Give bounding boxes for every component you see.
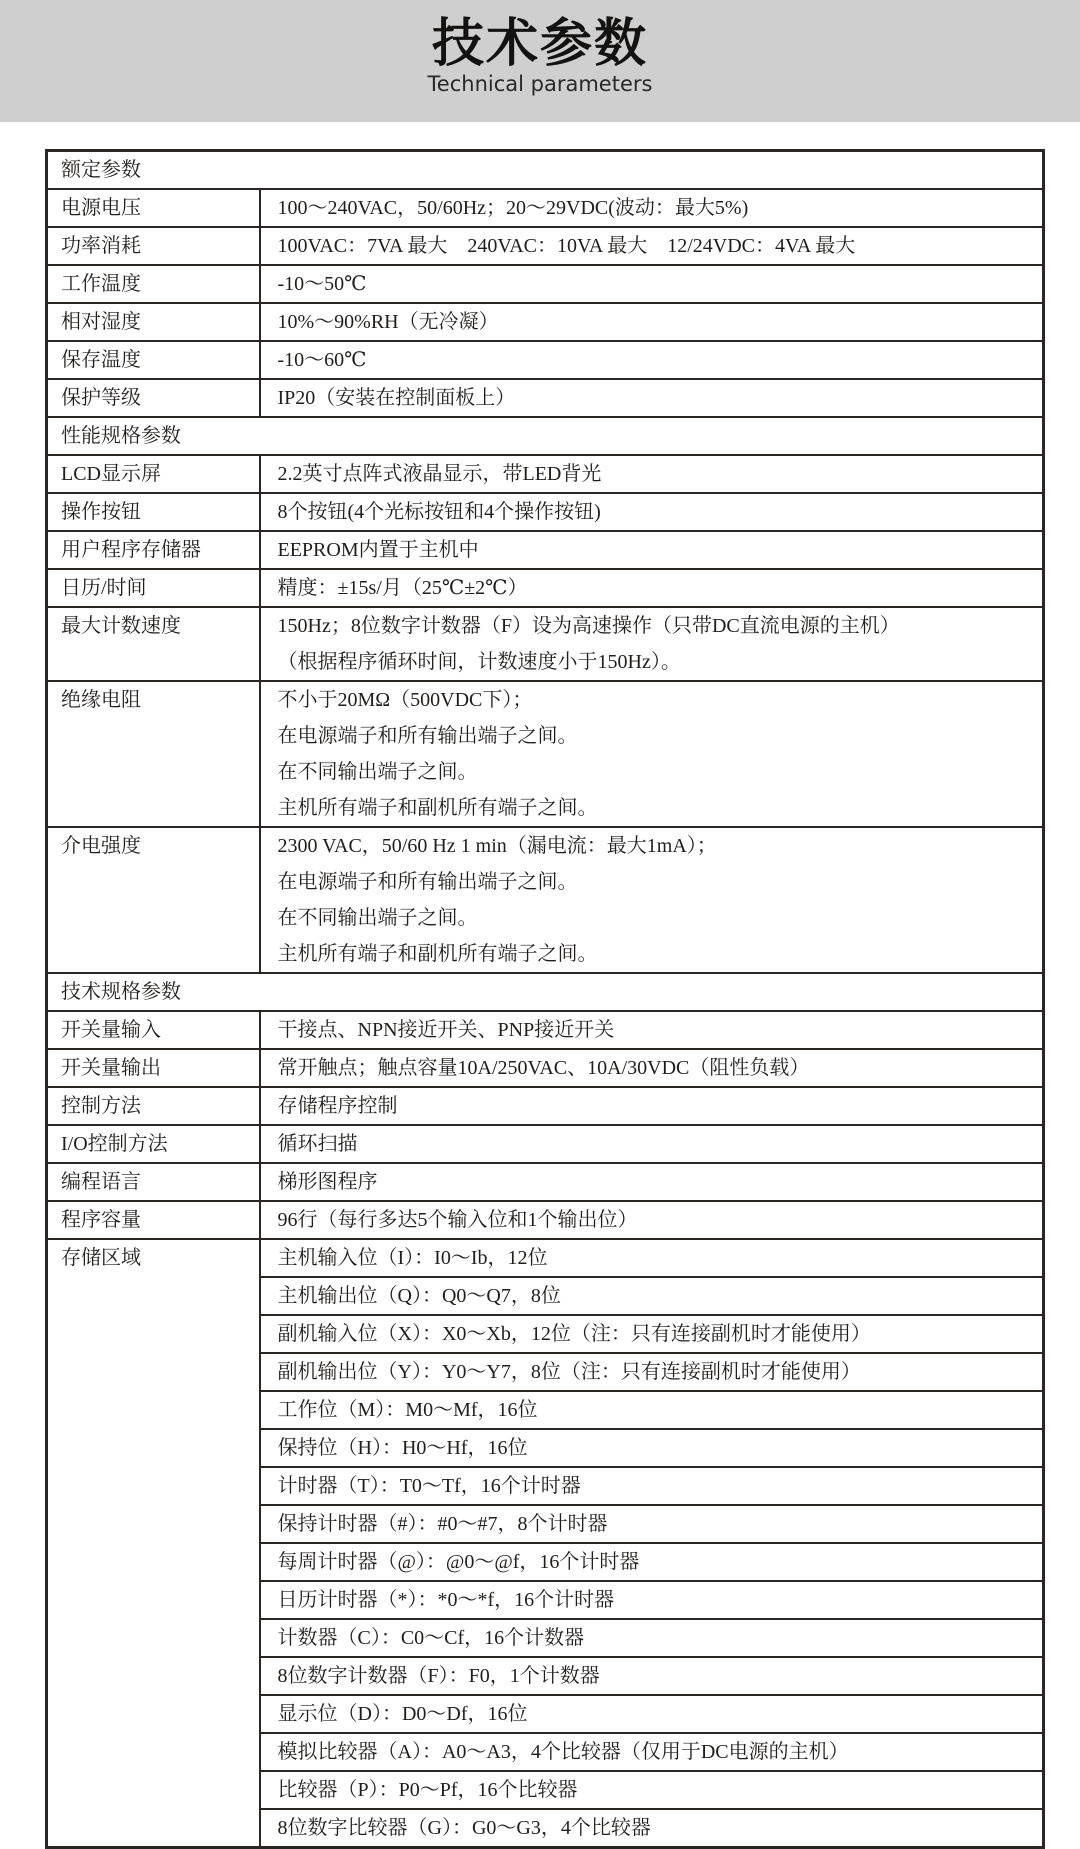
tech-params-table: 额定参数 电源电压 100～240VAC，50/60Hz；20～29VDC(波动… xyxy=(45,149,1045,1849)
param-label: 日历/时间 xyxy=(47,569,260,607)
param-label: 开关量输入 xyxy=(47,1011,260,1049)
param-label: 程序容量 xyxy=(47,1201,260,1239)
section-header: 技术规格参数 xyxy=(47,973,1044,1011)
param-label: 工作温度 xyxy=(47,265,260,303)
param-label: 控制方法 xyxy=(47,1087,260,1125)
memory-area-item: 模拟比较器（A）：A0～A3，4个比较器（仅用于DC电源的主机） xyxy=(260,1733,1044,1771)
memory-area-item: 比较器（P）：P0～Pf，16个比较器 xyxy=(260,1771,1044,1809)
param-value: 150Hz；8位数字计数器（F）设为高速操作（只带DC直流电源的主机） （根据程… xyxy=(260,607,1044,681)
memory-area-item: 8位数字比较器（G）：G0～G3，4个比较器 xyxy=(260,1809,1044,1848)
param-value: 2300 VAC，50/60 Hz 1 min（漏电流：最大1mA）； 在电源端… xyxy=(260,827,1044,973)
param-label: 存储区域 xyxy=(47,1239,260,1848)
memory-area-item: 副机输入位（X）：X0～Xb，12位（注：只有连接副机时才能使用） xyxy=(260,1315,1044,1353)
param-value: 精度：±15s/月（25℃±2℃） xyxy=(260,569,1044,607)
table-row: 保存温度 -10～60℃ xyxy=(47,341,1044,379)
param-value: 梯形图程序 xyxy=(260,1163,1044,1201)
param-label: 相对湿度 xyxy=(47,303,260,341)
param-label: 编程语言 xyxy=(47,1163,260,1201)
section-header: 性能规格参数 xyxy=(47,417,1044,455)
param-value: 循环扫描 xyxy=(260,1125,1044,1163)
table-row: 保护等级 IP20（安装在控制面板上） xyxy=(47,379,1044,417)
table-row: 控制方法 存储程序控制 xyxy=(47,1087,1044,1125)
section-row: 额定参数 xyxy=(47,151,1044,190)
param-value: 8个按钮(4个光标按钮和4个操作按钮) xyxy=(260,493,1044,531)
section-header: 额定参数 xyxy=(47,151,1044,190)
param-label: 最大计数速度 xyxy=(47,607,260,681)
param-value: IP20（安装在控制面板上） xyxy=(260,379,1044,417)
param-value: -10～50℃ xyxy=(260,265,1044,303)
memory-area-item: 显示位（D）：D0～Df，16位 xyxy=(260,1695,1044,1733)
table-row: I/O控制方法 循环扫描 xyxy=(47,1125,1044,1163)
table-row: 开关量输出 常开触点；触点容量10A/250VAC、10A/30VDC（阻性负载… xyxy=(47,1049,1044,1087)
table-row: 编程语言 梯形图程序 xyxy=(47,1163,1044,1201)
param-label: 操作按钮 xyxy=(47,493,260,531)
param-label: 开关量输出 xyxy=(47,1049,260,1087)
memory-area-item: 主机输入位（I）：I0～Ib，12位 xyxy=(260,1239,1044,1277)
memory-area-item: 日历计时器（*）：*0～*f，16个计时器 xyxy=(260,1581,1044,1619)
param-value: 10%～90%RH（无冷凝） xyxy=(260,303,1044,341)
table-row: 介电强度 2300 VAC，50/60 Hz 1 min（漏电流：最大1mA）；… xyxy=(47,827,1044,973)
param-label: 用户程序存储器 xyxy=(47,531,260,569)
table-row: 相对湿度 10%～90%RH（无冷凝） xyxy=(47,303,1044,341)
page-title: 技术参数 xyxy=(0,0,1080,72)
param-value: 常开触点；触点容量10A/250VAC、10A/30VDC（阻性负载） xyxy=(260,1049,1044,1087)
table-row: 最大计数速度 150Hz；8位数字计数器（F）设为高速操作（只带DC直流电源的主… xyxy=(47,607,1044,681)
memory-area-item: 每周计时器（@）：@0～@f，16个计时器 xyxy=(260,1543,1044,1581)
param-label: 介电强度 xyxy=(47,827,260,973)
param-value: 96行（每行多达5个输入位和1个输出位） xyxy=(260,1201,1044,1239)
param-label: 绝缘电阻 xyxy=(47,681,260,827)
param-label: 电源电压 xyxy=(47,189,260,227)
param-label: 保存温度 xyxy=(47,341,260,379)
table-row: 程序容量 96行（每行多达5个输入位和1个输出位） xyxy=(47,1201,1044,1239)
memory-area-item: 副机输出位（Y）：Y0～Y7，8位（注：只有连接副机时才能使用） xyxy=(260,1353,1044,1391)
memory-area-item: 计数器（C）：C0～Cf，16个计数器 xyxy=(260,1619,1044,1657)
memory-area-item: 8位数字计数器（F）：F0，1个计数器 xyxy=(260,1657,1044,1695)
table-row: LCD显示屏 2.2英寸点阵式液晶显示，带LED背光 xyxy=(47,455,1044,493)
param-label: LCD显示屏 xyxy=(47,455,260,493)
memory-area-item: 工作位（M）：M0～Mf，16位 xyxy=(260,1391,1044,1429)
param-value: 100VAC：7VA 最大 240VAC：10VA 最大 12/24VDC：4V… xyxy=(260,227,1044,265)
memory-area-item: 保持位（H）：H0～Hf，16位 xyxy=(260,1429,1044,1467)
param-value: 2.2英寸点阵式液晶显示，带LED背光 xyxy=(260,455,1044,493)
section-row: 性能规格参数 xyxy=(47,417,1044,455)
param-value: 100～240VAC，50/60Hz；20～29VDC(波动：最大5%) xyxy=(260,189,1044,227)
section-row: 技术规格参数 xyxy=(47,973,1044,1011)
memory-area-item: 保持计时器（#）：#0～#7，8个计时器 xyxy=(260,1505,1044,1543)
title-banner: 技术参数 Technical parameters xyxy=(0,0,1080,122)
param-label: 功率消耗 xyxy=(47,227,260,265)
param-value: 不小于20MΩ（500VDC下）； 在电源端子和所有输出端子之间。 在不同输出端… xyxy=(260,681,1044,827)
table-row: 工作温度 -10～50℃ xyxy=(47,265,1044,303)
param-label: 保护等级 xyxy=(47,379,260,417)
table-row: 日历/时间 精度：±15s/月（25℃±2℃） xyxy=(47,569,1044,607)
page-subtitle: Technical parameters xyxy=(0,72,1080,96)
param-value: -10～60℃ xyxy=(260,341,1044,379)
table-row: 功率消耗 100VAC：7VA 最大 240VAC：10VA 最大 12/24V… xyxy=(47,227,1044,265)
param-label: I/O控制方法 xyxy=(47,1125,260,1163)
table-row: 用户程序存储器 EEPROM内置于主机中 xyxy=(47,531,1044,569)
param-value: EEPROM内置于主机中 xyxy=(260,531,1044,569)
memory-area-item: 计时器（T）：T0～Tf，16个计时器 xyxy=(260,1467,1044,1505)
param-value: 干接点、NPN接近开关、PNP接近开关 xyxy=(260,1011,1044,1049)
table-row: 存储区域 主机输入位（I）：I0～Ib，12位 xyxy=(47,1239,1044,1277)
memory-area-item: 主机输出位（Q）：Q0～Q7，8位 xyxy=(260,1277,1044,1315)
param-value: 存储程序控制 xyxy=(260,1087,1044,1125)
table-row: 操作按钮 8个按钮(4个光标按钮和4个操作按钮) xyxy=(47,493,1044,531)
table-row: 开关量输入 干接点、NPN接近开关、PNP接近开关 xyxy=(47,1011,1044,1049)
table-row: 绝缘电阻 不小于20MΩ（500VDC下）； 在电源端子和所有输出端子之间。 在… xyxy=(47,681,1044,827)
table-row: 电源电压 100～240VAC，50/60Hz；20～29VDC(波动：最大5%… xyxy=(47,189,1044,227)
